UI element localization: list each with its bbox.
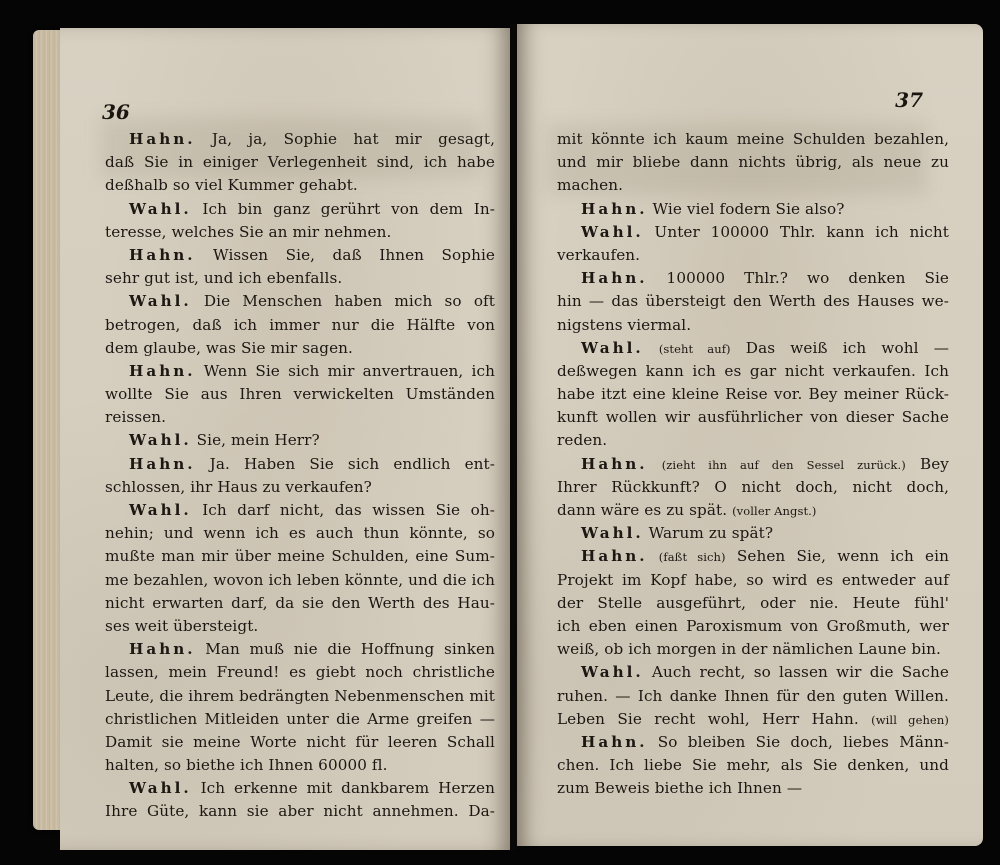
- text-line: Wahl. Unter 100000 Thlr. kann ich nicht: [557, 221, 949, 244]
- speaker-name: Hahn.: [129, 455, 196, 473]
- line-text: betrogen, daß ich immer nur die Hälfte v…: [105, 316, 495, 334]
- text-line: verkaufen.: [557, 244, 949, 267]
- line-text: der Stelle ausgeführt, oder nie. Heute f…: [557, 594, 949, 612]
- line-text: hin — das übersteigt den Werth des Hause…: [557, 292, 949, 310]
- text-line: nigstens viermal.: [557, 314, 949, 337]
- stage-direction: (will gehen): [871, 713, 949, 727]
- speaker-name: Wahl.: [581, 339, 644, 357]
- line-text: teresse, welches Sie an mir nehmen.: [105, 223, 391, 241]
- line-text: Ich bin ganz gerührt von dem In-: [192, 200, 495, 218]
- line-text: reissen.: [105, 408, 166, 426]
- text-line: sehr gut ist, und ich ebenfalls.: [105, 267, 495, 290]
- stage-direction: (zieht ihn auf den Sessel zurück.): [662, 458, 906, 472]
- speaker-name: Wahl.: [581, 223, 644, 241]
- text-line: deßhalb so viel Kummer gehabt.: [105, 174, 495, 197]
- line-text: 100000 Thlr.? wo denken Sie: [648, 269, 949, 287]
- line-text: schlossen, ihr Haus zu verkaufen?: [105, 478, 372, 496]
- line-text: Ihre Güte, kann sie aber nicht annehmen.…: [105, 802, 495, 820]
- line-text: habe itzt eine kleine Reise vor. Bey mei…: [557, 385, 949, 403]
- line-text: deßwegen kann ich es gar nicht verkaufen…: [557, 362, 949, 380]
- line-text: weiß, ob ich morgen in der nämlichen Lau…: [557, 640, 941, 658]
- line-text: reden.: [557, 431, 607, 449]
- text-line: chen. Ich liebe Sie mehr, als Sie denken…: [557, 754, 949, 777]
- line-text: zum Beweis biethe ich Ihnen —: [557, 779, 802, 797]
- line-text: Wie viel fodern Sie also?: [648, 200, 845, 218]
- text-line: halten, so biethe ich Ihnen 60000 fl.: [105, 754, 495, 777]
- line-text: nigstens viermal.: [557, 316, 691, 334]
- line-text: Sie, mein Herr?: [192, 431, 320, 449]
- text-line: Hahn. Wenn Sie sich mir anvertrauen, ich: [105, 360, 495, 383]
- speaker-name: Hahn.: [129, 362, 196, 380]
- text-line: kunft wollen wir ausführlicher von diese…: [557, 406, 949, 429]
- line-text: Ich erkenne mit dankbarem Herzen: [192, 779, 495, 797]
- text-line: dem glaube, was Sie mir sagen.: [105, 337, 495, 360]
- text-line: nicht erwarten darf, da sie den Werth de…: [105, 592, 495, 615]
- line-text: Die Menschen haben mich so oft: [192, 292, 495, 310]
- speaker-name: Wahl.: [129, 779, 192, 797]
- line-text: wollte Sie aus Ihren verwickelten Umstän…: [105, 385, 495, 403]
- line-text: nicht erwarten darf, da sie den Werth de…: [105, 594, 495, 612]
- text-line: Leute, die ihrem bedrängten Nebenmensche…: [105, 685, 495, 708]
- line-text: dem glaube, was Sie mir sagen.: [105, 339, 353, 357]
- line-text: und mir bliebe dann nichts übrig, als ne…: [557, 153, 949, 171]
- page-number-right: 37: [895, 88, 923, 112]
- line-text: deßhalb so viel Kummer gehabt.: [105, 176, 358, 194]
- line-text: machen.: [557, 176, 623, 194]
- speaker-name: Hahn.: [581, 733, 648, 751]
- text-line: teresse, welches Sie an mir nehmen.: [105, 221, 495, 244]
- text-line: ses weit übersteigt.: [105, 615, 495, 638]
- text-line: Wahl. Ich erkenne mit dankbarem Herzen: [105, 777, 495, 800]
- speaker-name: Hahn.: [129, 640, 196, 658]
- line-text: Ich darf nicht, das wissen Sie oh-: [192, 501, 495, 519]
- line-text: lassen, mein Freund! es giebt noch chris…: [105, 663, 495, 681]
- text-line: Projekt im Kopf habe, so wird es entwede…: [557, 569, 949, 592]
- stage-direction: (faßt sich): [659, 550, 726, 564]
- speaker-name: Wahl.: [129, 292, 192, 310]
- page-number-left: 36: [102, 100, 130, 124]
- text-line: hin — das übersteigt den Werth des Hause…: [557, 290, 949, 313]
- speaker-name: Wahl.: [129, 200, 192, 218]
- line-text: halten, so biethe ich Ihnen 60000 fl.: [105, 756, 388, 774]
- speaker-name: Wahl.: [129, 431, 192, 449]
- text-line: Damit sie meine Worte nicht für leeren S…: [105, 731, 495, 754]
- text-line: Hahn. Ja, ja, Sophie hat mir gesagt,: [105, 128, 495, 151]
- line-text: Wenn Sie sich mir anvertrauen, ich: [196, 362, 495, 380]
- speaker-name: Wahl.: [581, 524, 644, 542]
- line-text: Sehen Sie, wenn ich ein: [726, 547, 949, 565]
- line-text: me bezahlen, wovon ich leben könnte, und…: [105, 571, 495, 589]
- text-line: Wahl. Die Menschen haben mich so oft: [105, 290, 495, 313]
- line-text: Auch recht, so lassen wir die Sache: [644, 663, 949, 681]
- text-line: der Stelle ausgeführt, oder nie. Heute f…: [557, 592, 949, 615]
- text-line: wollte Sie aus Ihren verwickelten Umstän…: [105, 383, 495, 406]
- speaker-name: Hahn.: [581, 200, 648, 218]
- text-line: deßwegen kann ich es gar nicht verkaufen…: [557, 360, 949, 383]
- text-line: christlichen Mitleiden unter die Arme gr…: [105, 708, 495, 731]
- text-line: nehin; und wenn ich es auch thun könnte,…: [105, 522, 495, 545]
- line-text: daß Sie in einiger Verlegenheit sind, ic…: [105, 153, 495, 171]
- text-line: machen.: [557, 174, 949, 197]
- text-line: habe itzt eine kleine Reise vor. Bey mei…: [557, 383, 949, 406]
- line-text: sehr gut ist, und ich ebenfalls.: [105, 269, 342, 287]
- text-line: me bezahlen, wovon ich leben könnte, und…: [105, 569, 495, 592]
- text-line: Hahn. Ja. Haben Sie sich endlich ent-: [105, 453, 495, 476]
- text-line: lassen, mein Freund! es giebt noch chris…: [105, 661, 495, 684]
- text-line: zum Beweis biethe ich Ihnen —: [557, 777, 949, 800]
- text-line: Hahn. (faßt sich) Sehen Sie, wenn ich ei…: [557, 545, 949, 568]
- text-line: Ihrer Rückkunft? O nicht doch, nicht doc…: [557, 476, 949, 499]
- text-line: reissen.: [105, 406, 495, 429]
- speaker-name: Wahl.: [581, 663, 644, 681]
- line-text: verkaufen.: [557, 246, 640, 264]
- text-line: betrogen, daß ich immer nur die Hälfte v…: [105, 314, 495, 337]
- speaker-name: Wahl.: [129, 501, 192, 519]
- text-line: Ihre Güte, kann sie aber nicht annehmen.…: [105, 800, 495, 823]
- line-text: Ihrer Rückkunft? O nicht doch, nicht doc…: [557, 478, 949, 496]
- text-line: Hahn. (zieht ihn auf den Sessel zurück.)…: [557, 453, 949, 476]
- speaker-name: Hahn.: [129, 130, 196, 148]
- text-line: Wahl. (steht auf) Das weiß ich wohl —: [557, 337, 949, 360]
- text-line: Wahl. Auch recht, so lassen wir die Sach…: [557, 661, 949, 684]
- text-line: schlossen, ihr Haus zu verkaufen?: [105, 476, 495, 499]
- text-line: ich eben einen Paroxismum von Großmuth, …: [557, 615, 949, 638]
- text-line: mußte man mir über meine Schulden, eine …: [105, 545, 495, 568]
- right-page: 37 mit könnte ich kaum meine Schulden be…: [517, 24, 983, 846]
- text-line: Hahn. Man muß nie die Hoffnung sinken: [105, 638, 495, 661]
- text-line: mit könnte ich kaum meine Schulden bezah…: [557, 128, 949, 151]
- line-text: Leben Sie recht wohl, Herr Hahn.: [557, 710, 859, 728]
- speaker-name: Hahn.: [581, 455, 648, 473]
- line-text: Ja, ja, Sophie hat mir gesagt,: [196, 130, 495, 148]
- left-page-text: Hahn. Ja, ja, Sophie hat mir gesagt,daß …: [105, 128, 495, 824]
- text-line: reden.: [557, 429, 949, 452]
- stage-direction: (steht auf): [659, 342, 731, 356]
- text-line: Wahl. Ich darf nicht, das wissen Sie oh-: [105, 499, 495, 522]
- text-line: und mir bliebe dann nichts übrig, als ne…: [557, 151, 949, 174]
- speaker-name: Hahn.: [129, 246, 196, 264]
- line-text: christlichen Mitleiden unter die Arme gr…: [105, 710, 495, 728]
- line-text: So bleiben Sie doch, liebes Männ-: [648, 733, 949, 751]
- right-page-text: mit könnte ich kaum meine Schulden bezah…: [557, 128, 949, 800]
- text-line: Hahn. Wissen Sie, daß Ihnen Sophie: [105, 244, 495, 267]
- text-line: ruhen. — Ich danke Ihnen für den guten W…: [557, 685, 949, 708]
- text-line: Wahl. Ich bin ganz gerührt von dem In-: [105, 198, 495, 221]
- text-line: Leben Sie recht wohl, Herr Hahn. (will g…: [557, 708, 949, 731]
- line-text: Bey: [906, 455, 949, 473]
- line-text: ruhen. — Ich danke Ihnen für den guten W…: [557, 687, 949, 705]
- line-text: Man muß nie die Hoffnung sinken: [196, 640, 495, 658]
- stage-direction: (voller Angst.): [732, 504, 816, 518]
- text-line: Wahl. Sie, mein Herr?: [105, 429, 495, 452]
- line-text: Unter 100000 Thlr. kann ich nicht: [644, 223, 949, 241]
- text-line: weiß, ob ich morgen in der nämlichen Lau…: [557, 638, 949, 661]
- line-text: chen. Ich liebe Sie mehr, als Sie denken…: [557, 756, 949, 774]
- line-text: Projekt im Kopf habe, so wird es entwede…: [557, 571, 949, 589]
- line-text: Wissen Sie, daß Ihnen Sophie: [196, 246, 495, 264]
- line-text: kunft wollen wir ausführlicher von diese…: [557, 408, 949, 426]
- line-text: Das weiß ich wohl —: [731, 339, 949, 357]
- text-line: Wahl. Warum zu spät?: [557, 522, 949, 545]
- line-text: Leute, die ihrem bedrängten Nebenmensche…: [105, 687, 495, 705]
- line-text: Warum zu spät?: [644, 524, 773, 542]
- text-line: Hahn. Wie viel fodern Sie also?: [557, 198, 949, 221]
- line-text: Damit sie meine Worte nicht für leeren S…: [105, 733, 495, 751]
- left-page: 36 Hahn. Ja, ja, Sophie hat mir gesagt,d…: [60, 28, 512, 850]
- line-text: dann wäre es zu spät.: [557, 501, 727, 519]
- line-text: mit könnte ich kaum meine Schulden bezah…: [557, 130, 949, 148]
- line-text: nehin; und wenn ich es auch thun könnte,…: [105, 524, 495, 542]
- line-text: ich eben einen Paroxismum von Großmuth, …: [557, 617, 949, 635]
- text-line: daß Sie in einiger Verlegenheit sind, ic…: [105, 151, 495, 174]
- speaker-name: Hahn.: [581, 547, 648, 565]
- line-text: ses weit übersteigt.: [105, 617, 258, 635]
- text-line: dann wäre es zu spät. (voller Angst.): [557, 499, 949, 522]
- speaker-name: Hahn.: [581, 269, 648, 287]
- line-text: Ja. Haben Sie sich endlich ent-: [196, 455, 495, 473]
- line-text: mußte man mir über meine Schulden, eine …: [105, 547, 495, 565]
- text-line: Hahn. 100000 Thlr.? wo denken Sie: [557, 267, 949, 290]
- text-line: Hahn. So bleiben Sie doch, liebes Männ-: [557, 731, 949, 754]
